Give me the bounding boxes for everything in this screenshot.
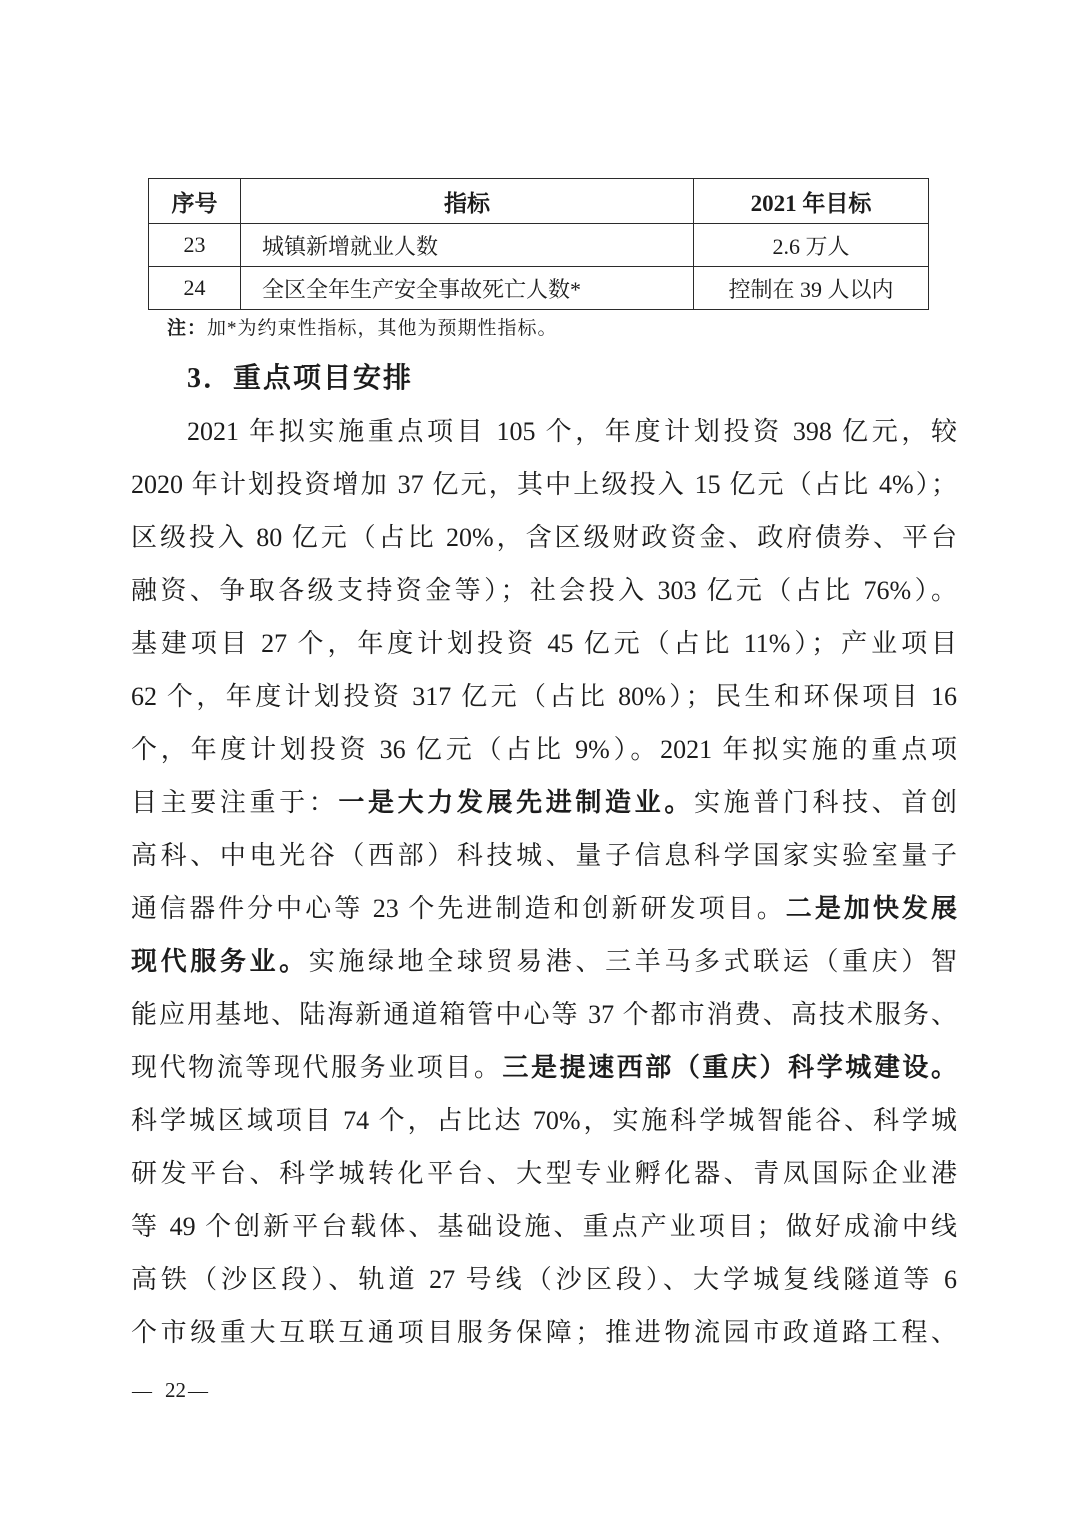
paragraph-line: 个，年度计划投资 36 亿元（占比 9%）。2021 年拟实施的重点项 (131, 723, 957, 776)
text-segment: 基建项目 27 个，年度计划投资 45 亿元（占比 11%）；产业项目 (131, 629, 957, 658)
table-row: 23城镇新增就业人数2.6 万人 (149, 224, 929, 267)
text-segment: 实施绿地全球贸易港、三羊马多式联运（重庆）智 (309, 947, 957, 976)
paragraph-line: 通信器件分中心等 23 个先进制造和创新研发项目。二是加快发展 (131, 882, 957, 935)
bold-text-segment: 二是加快发展 (786, 894, 957, 923)
text-segment: 区级投入 80 亿元（占比 20%，含区级财政资金、政府债券、平台 (131, 523, 957, 552)
column-header: 序号 (149, 179, 241, 224)
paragraph: 2021 年拟实施重点项目 105 个，年度计划投资 398 亿元，较2020 … (131, 405, 957, 1359)
text-segment: 通信器件分中心等 23 个先进制造和创新研发项目。 (131, 894, 786, 923)
cell-target: 2.6 万人 (694, 224, 929, 267)
paragraph-line: 研发平台、科学城转化平台、大型专业孵化器、青凤国际企业港 (131, 1147, 957, 1200)
table-note: 注：加*为约束性指标，其他为预期性指标。 (167, 313, 558, 340)
cell-indicator: 城镇新增就业人数 (241, 224, 694, 267)
table-header-row: 序号指标2021 年目标 (149, 179, 929, 224)
text-segment: 研发平台、科学城转化平台、大型专业孵化器、青凤国际企业港 (131, 1159, 957, 1188)
text-segment: 目主要注重于： (131, 788, 338, 817)
text-segment: 2021 年拟实施重点项目 105 个，年度计划投资 398 亿元，较 (187, 417, 957, 446)
column-header: 指标 (241, 179, 694, 224)
paragraph-line: 62 个，年度计划投资 317 亿元（占比 80%）；民生和环保项目 16 (131, 670, 957, 723)
table-body: 23城镇新增就业人数2.6 万人24全区全年生产安全事故死亡人数*控制在 39 … (149, 224, 929, 310)
footer-dash-left: — (132, 1381, 152, 1401)
column-header: 2021 年目标 (694, 179, 929, 224)
bold-text-segment: 一是大力发展先进制造业。 (338, 788, 694, 817)
text-segment: 科学城区域项目 74 个，占比达 70%，实施科学城智能谷、科学城 (131, 1106, 957, 1135)
paragraph-line: 能应用基地、陆海新通道箱管中心等 37 个都市消费、高技术服务、 (131, 988, 957, 1041)
document-page: 序号指标2021 年目标 23城镇新增就业人数2.6 万人24全区全年生产安全事… (0, 0, 1074, 1520)
paragraph-line: 高铁（沙区段）、轨道 27 号线（沙区段）、大学城复线隧道等 6 (131, 1253, 957, 1306)
paragraph-line: 等 49 个创新平台载体、基础设施、重点产业项目；做好成渝中线 (131, 1200, 957, 1253)
paragraph-line: 个市级重大互联互通项目服务保障；推进物流园市政道路工程、 (131, 1306, 957, 1359)
text-segment: 个，年度计划投资 36 亿元（占比 9%）。2021 年拟实施的重点项 (131, 735, 957, 764)
table-row: 24全区全年生产安全事故死亡人数*控制在 39 人以内 (149, 267, 929, 310)
paragraph-line: 高科、中电光谷（西部）科技城、量子信息科学国家实验室量子 (131, 829, 957, 882)
bold-text-segment: 现代服务业。 (131, 947, 309, 976)
note-text: 加*为约束性指标，其他为预期性指标。 (207, 318, 558, 339)
paragraph-line: 基建项目 27 个，年度计划投资 45 亿元（占比 11%）；产业项目 (131, 617, 957, 670)
paragraph-line: 区级投入 80 亿元（占比 20%，含区级财政资金、政府债券、平台 (131, 511, 957, 564)
text-segment: 现代物流等现代服务业项目。 (131, 1053, 502, 1082)
text-segment: 62 个，年度计划投资 317 亿元（占比 80%）；民生和环保项目 16 (131, 682, 957, 711)
paragraph-line: 现代服务业。实施绿地全球贸易港、三羊马多式联运（重庆）智 (131, 935, 957, 988)
text-segment: 2020 年计划投资增加 37 亿元，其中上级投入 15 亿元（占比 4%）； (131, 470, 957, 499)
indicator-table: 序号指标2021 年目标 23城镇新增就业人数2.6 万人24全区全年生产安全事… (148, 178, 929, 310)
paragraph-line: 2021 年拟实施重点项目 105 个，年度计划投资 398 亿元，较 (131, 405, 957, 458)
page-footer: — 22 — (132, 1378, 208, 1403)
footer-dash-right: — (188, 1381, 208, 1401)
text-segment: 高铁（沙区段）、轨道 27 号线（沙区段）、大学城复线隧道等 6 (131, 1265, 957, 1294)
text-segment: 融资、争取各级支持资金等）；社会投入 303 亿元（占比 76%）。 (131, 576, 957, 605)
note-label: 注： (167, 318, 207, 339)
paragraph-line: 现代物流等现代服务业项目。三是提速西部（重庆）科学城建设。 (131, 1041, 957, 1094)
cell-serial: 24 (149, 267, 241, 310)
paragraph-line: 融资、争取各级支持资金等）；社会投入 303 亿元（占比 76%）。 (131, 564, 957, 617)
paragraph-line: 目主要注重于：一是大力发展先进制造业。实施普门科技、首创 (131, 776, 957, 829)
cell-target: 控制在 39 人以内 (694, 267, 929, 310)
paragraph-line: 2020 年计划投资增加 37 亿元，其中上级投入 15 亿元（占比 4%）； (131, 458, 957, 511)
cell-indicator: 全区全年生产安全事故死亡人数* (241, 267, 694, 310)
text-segment: 等 49 个创新平台载体、基础设施、重点产业项目；做好成渝中线 (131, 1212, 957, 1241)
section-heading: 3．重点项目安排 (187, 356, 413, 396)
text-segment: 高科、中电光谷（西部）科技城、量子信息科学国家实验室量子 (131, 841, 957, 870)
text-segment: 能应用基地、陆海新通道箱管中心等 37 个都市消费、高技术服务、 (131, 1000, 957, 1029)
text-segment: 实施普门科技、首创 (694, 788, 957, 817)
paragraph-line: 科学城区域项目 74 个，占比达 70%，实施科学城智能谷、科学城 (131, 1094, 957, 1147)
bold-text-segment: 三是提速西部（重庆）科学城建设。 (502, 1053, 957, 1082)
page-number: 22 (165, 1378, 186, 1403)
cell-serial: 23 (149, 224, 241, 267)
text-segment: 个市级重大互联互通项目服务保障；推进物流园市政道路工程、 (131, 1318, 957, 1347)
